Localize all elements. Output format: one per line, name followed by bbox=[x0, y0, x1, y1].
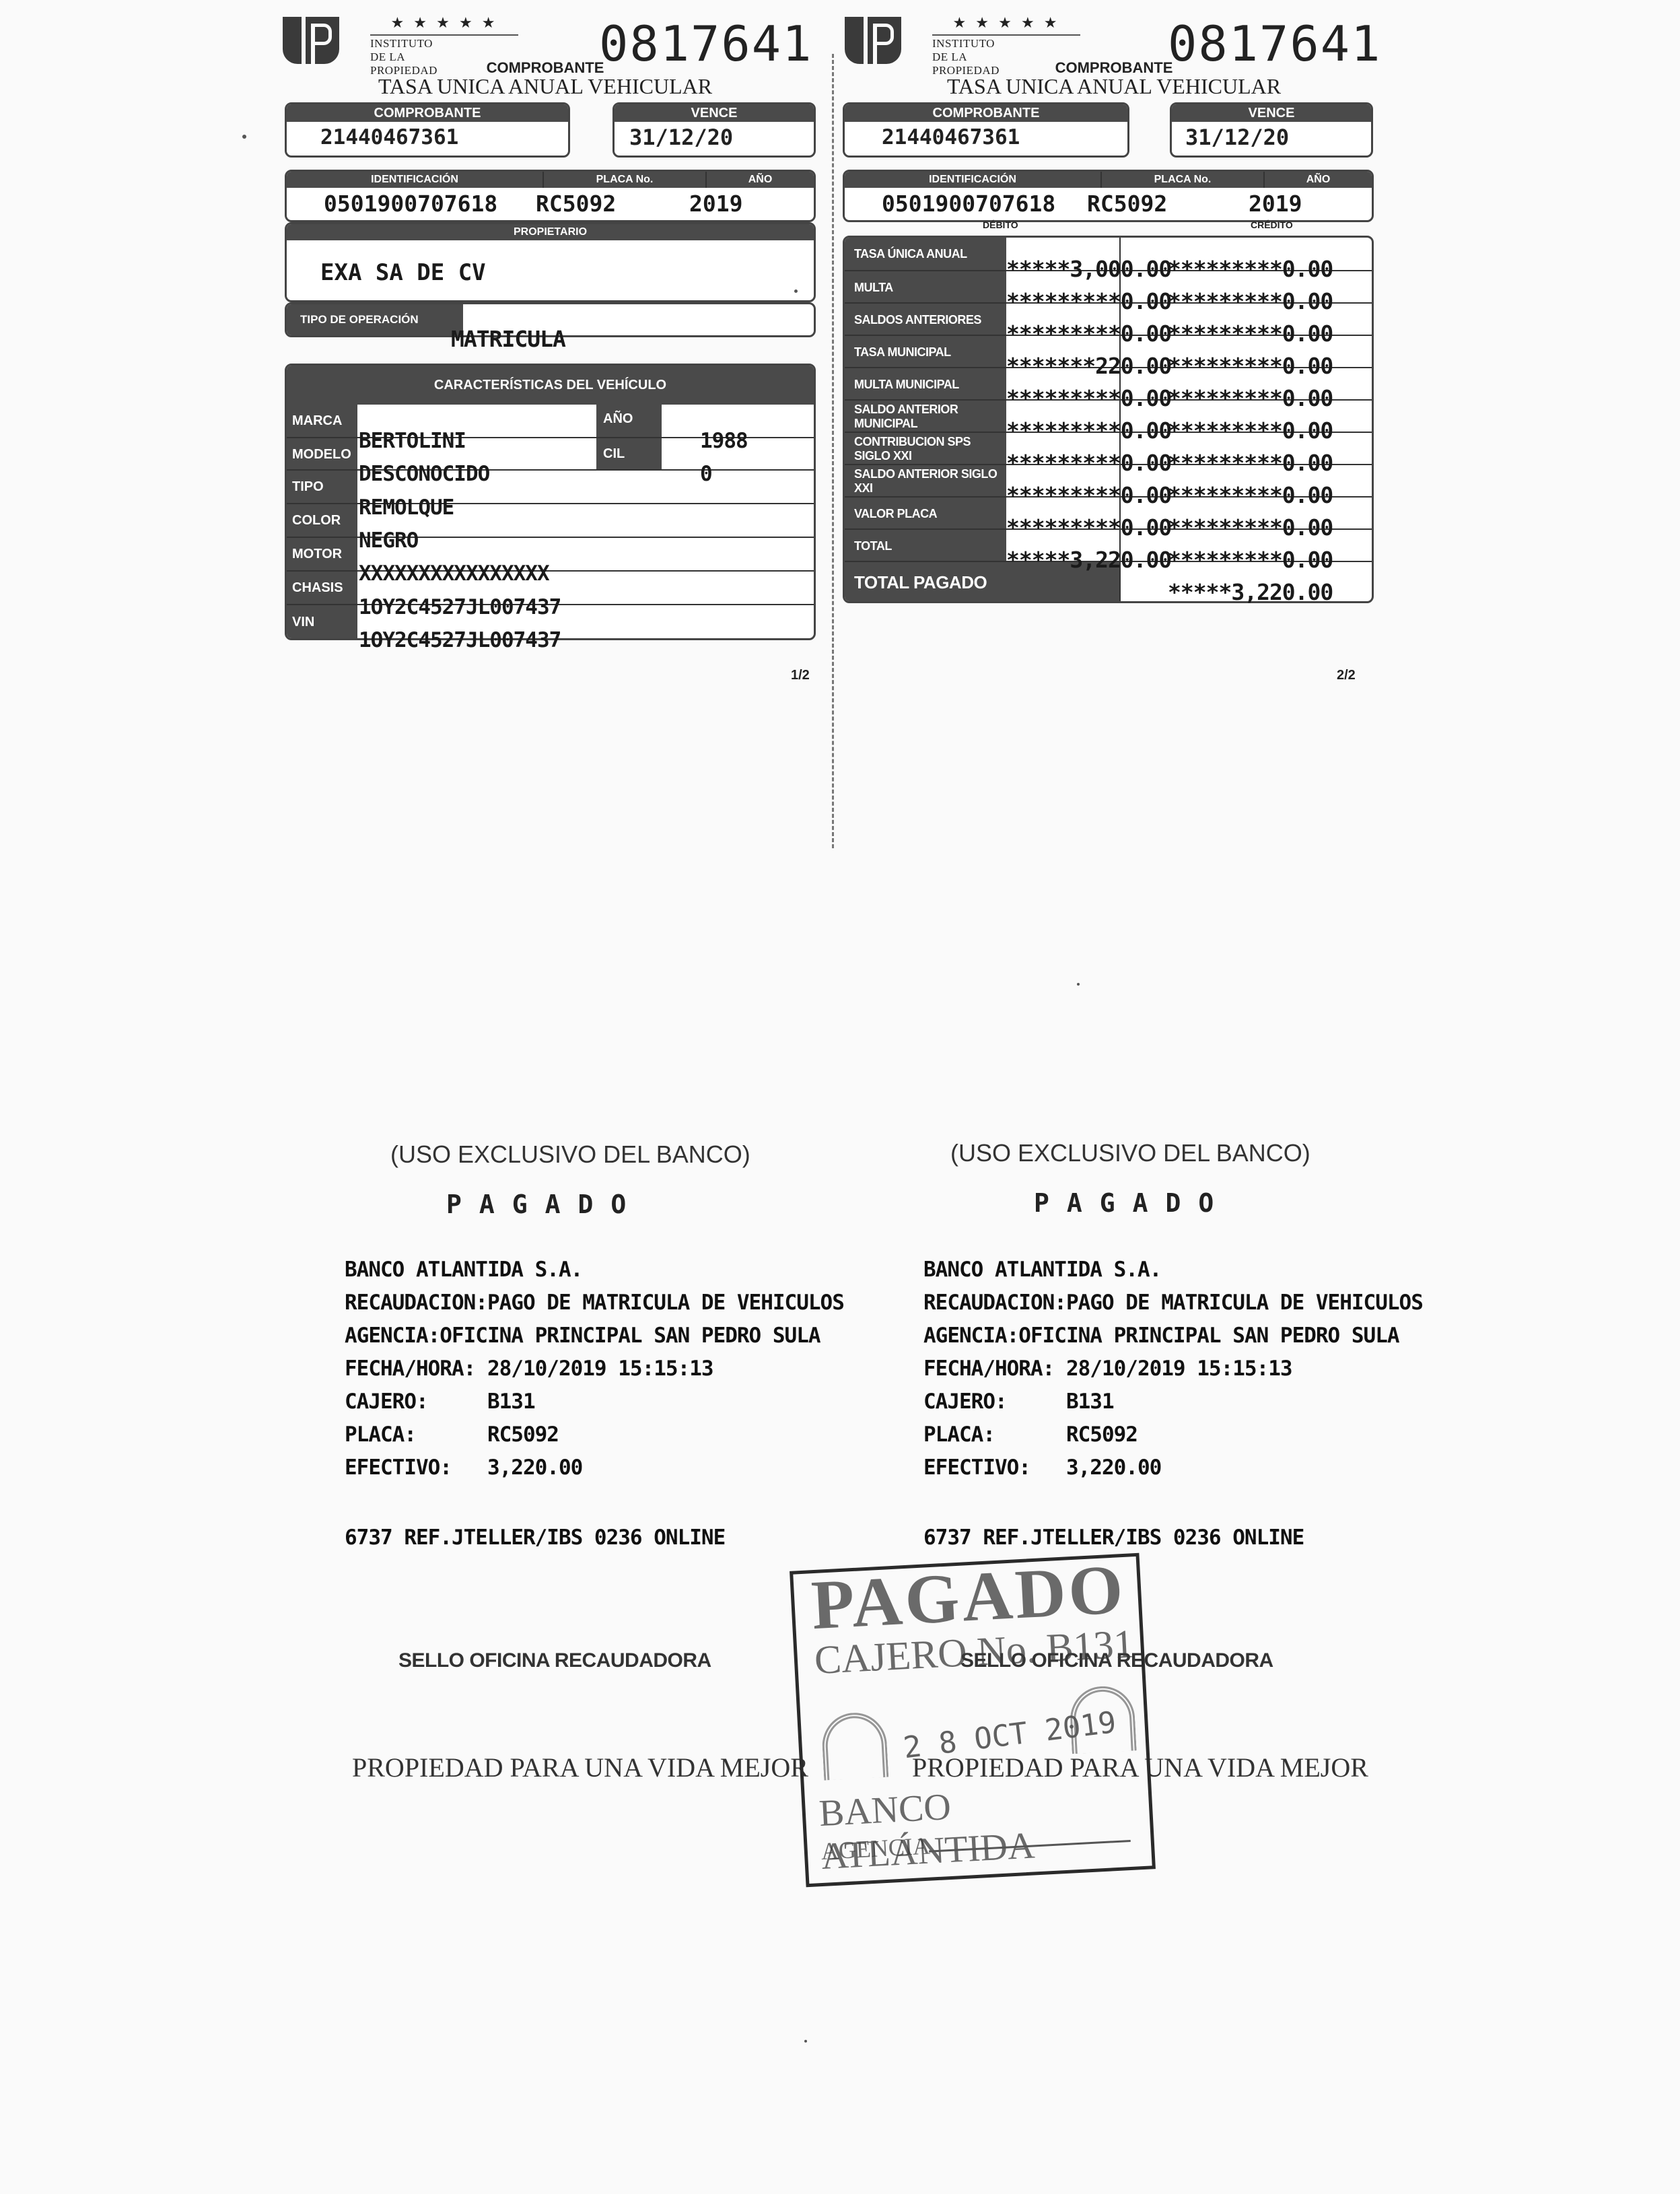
bank-receipt-line: FECHA/HORA: 28/10/2019 15:15:13 bbox=[345, 1352, 844, 1385]
identificacion-value: 0501900707618 bbox=[882, 191, 1055, 217]
credito-value: *********0.00 bbox=[1168, 547, 1333, 573]
bank-receipt-right: BANCO ATLANTIDA S.A.RECAUDACION:PAGO DE … bbox=[923, 1254, 1423, 1484]
label-cil: CIL bbox=[603, 446, 625, 462]
breakdown-label: SALDOS ANTERIORES bbox=[845, 304, 1006, 336]
debito-value: *********0.00 bbox=[1006, 450, 1171, 476]
identificacion-value: 0501900707618 bbox=[324, 191, 497, 217]
bank-receipt-line: BANCO ATLANTIDA S.A. bbox=[923, 1254, 1423, 1287]
breakdown-label: SALDO ANTERIOR SIGLO XXI bbox=[845, 465, 1006, 498]
paid-status: PAGADO bbox=[1034, 1188, 1231, 1218]
value-cil: 0 bbox=[700, 462, 712, 486]
vence-box: VENCE 31/12/20 bbox=[612, 102, 816, 158]
bank-receipt-line: FECHA/HORA: 28/10/2019 15:15:13 bbox=[923, 1352, 1423, 1385]
page-indicator-2: 2/2 bbox=[1337, 668, 1356, 683]
propietario-value: EXA SA DE CV bbox=[320, 259, 486, 286]
paid-status: PAGADO bbox=[446, 1190, 643, 1219]
bank-receipt-line: CAJERO: B131 bbox=[923, 1385, 1423, 1418]
identificacion-label: IDENTIFICACIÓN bbox=[845, 172, 1102, 188]
perforation-line bbox=[832, 54, 834, 848]
value-marca: BERTOLINI bbox=[359, 429, 466, 453]
credito-value: *********0.00 bbox=[1168, 256, 1333, 282]
debito-value: *********0.00 bbox=[1006, 385, 1171, 411]
sello-label: SELLO OFICINA RECAUDADORA bbox=[398, 1649, 711, 1672]
label-vin: VIN bbox=[287, 605, 357, 640]
breakdown-label: SALDO ANTERIOR MUNICIPAL bbox=[845, 401, 1006, 433]
placa-label: PLACA No. bbox=[544, 172, 707, 188]
stars-icon: ★ ★ ★ ★ ★ bbox=[932, 14, 1080, 32]
value-motor: XXXXXXXXXXXXXXXX bbox=[359, 561, 549, 586]
credito-value: *********0.00 bbox=[1168, 353, 1333, 379]
credito-value: *********0.00 bbox=[1168, 450, 1333, 476]
debito-value: *********0.00 bbox=[1006, 288, 1171, 314]
comprobante-box-2: COMPROBANTE 21440467361 bbox=[843, 102, 1129, 158]
vence-label: VENCE bbox=[615, 104, 814, 122]
anio-value: 2019 bbox=[1249, 191, 1302, 217]
vence-label: VENCE bbox=[1172, 104, 1371, 122]
label-marca: MARCA bbox=[287, 405, 357, 437]
ip-logo-icon bbox=[283, 17, 339, 64]
identificacion-label: IDENTIFICACIÓN bbox=[287, 172, 544, 188]
page-indicator-1: 1/2 bbox=[791, 668, 810, 683]
credito-value: *********0.00 bbox=[1168, 288, 1333, 314]
debito-value: *********0.00 bbox=[1006, 514, 1171, 541]
label-color: COLOR bbox=[287, 504, 357, 537]
breakdown-label: CONTRIBUCION SPS SIGLO XXI bbox=[845, 433, 1006, 465]
propietario-label: PROPIETARIO bbox=[287, 224, 814, 240]
credito-header: CRÉDITO bbox=[1251, 219, 1293, 230]
document-title: TASA UNICA ANUAL VEHICULAR bbox=[845, 74, 1383, 99]
identification-box: IDENTIFICACIÓN PLACA No. AÑO 05019007076… bbox=[285, 170, 816, 222]
value-vin: 1OY2C4527JL007437 bbox=[359, 628, 561, 652]
total-pagado-value: *****3,220.00 bbox=[1168, 579, 1333, 605]
ip-logo-icon bbox=[845, 17, 901, 64]
value-anio: 1988 bbox=[700, 429, 748, 453]
value-color: NEGRO bbox=[359, 528, 418, 553]
label-tipo: TIPO bbox=[287, 471, 357, 503]
comprobante-box: COMPROBANTE 21440467361 bbox=[285, 102, 570, 158]
placa-value: RC5092 bbox=[536, 191, 616, 217]
bank-receipt-line: RECAUDACION:PAGO DE MATRICULA DE VEHICUL… bbox=[345, 1287, 844, 1319]
breakdown-label: VALOR PLACA bbox=[845, 498, 1006, 530]
debito-value: *******220.00 bbox=[1006, 353, 1171, 379]
bank-receipt-line: PLACA: RC5092 bbox=[923, 1418, 1423, 1451]
label-modelo: MODELO bbox=[287, 438, 357, 471]
anio-label: AÑO bbox=[707, 172, 814, 188]
bank-receipt-left: BANCO ATLANTIDA S.A.RECAUDACION:PAGO DE … bbox=[345, 1254, 844, 1484]
debito-value: *********0.00 bbox=[1006, 417, 1171, 444]
anio-value: 2019 bbox=[689, 191, 742, 217]
bank-receipt-line: BANCO ATLANTIDA S.A. bbox=[345, 1254, 844, 1287]
comprobante-label: COMPROBANTE bbox=[845, 104, 1127, 122]
comprobante-label: COMPROBANTE bbox=[287, 104, 568, 122]
credito-value: *********0.00 bbox=[1168, 417, 1333, 444]
vence-value: 31/12/20 bbox=[1172, 122, 1371, 153]
bank-use-header: (USO EXCLUSIVO DEL BANCO) bbox=[390, 1140, 750, 1169]
characteristics-title: CARACTERÍSTICAS DEL VEHÍCULO bbox=[287, 366, 814, 405]
label-motor: MOTOR bbox=[287, 538, 357, 570]
bank-logo-icon bbox=[820, 1711, 888, 1781]
comprobante-value: 21440467361 bbox=[287, 122, 568, 153]
paid-stamp: PAGADO CAJERO No. B131 2 8 OCT 2019 BANC… bbox=[790, 1553, 1156, 1888]
slogan: PROPIEDAD PARA UNA VIDA MEJOR bbox=[352, 1752, 808, 1783]
tipo-operacion-value: MATRICULA bbox=[451, 326, 565, 352]
tipo-operacion-label: TIPO DE OPERACIÓN bbox=[287, 304, 463, 335]
breakdown-label: MULTA MUNICIPAL bbox=[845, 368, 1006, 401]
placa-value: RC5092 bbox=[1087, 191, 1167, 217]
value-modelo: DESCONOCIDO bbox=[359, 462, 489, 486]
vence-value: 31/12/20 bbox=[615, 122, 814, 153]
credito-value: *********0.00 bbox=[1168, 482, 1333, 508]
label-anio: AÑO bbox=[603, 411, 633, 427]
credito-value: *********0.00 bbox=[1168, 514, 1333, 541]
document-title: TASA UNICA ANUAL VEHICULAR bbox=[283, 74, 808, 99]
bank-reference: 6737 REF.JTELLER/IBS 0236 ONLINE bbox=[345, 1521, 725, 1554]
anio-label: AÑO bbox=[1265, 172, 1372, 188]
debito-value: *****3,220.00 bbox=[1006, 547, 1171, 573]
value-tipo: REMOLQUE bbox=[359, 495, 454, 520]
breakdown-label: TOTAL bbox=[845, 530, 1006, 562]
breakdown-label: TASA ÚNICA ANUAL bbox=[845, 238, 1006, 270]
bank-receipt-line: AGENCIA:OFICINA PRINCIPAL SAN PEDRO SULA bbox=[345, 1319, 844, 1352]
credito-value: *********0.00 bbox=[1168, 320, 1333, 347]
comprobante-value: 21440467361 bbox=[845, 122, 1127, 153]
debito-value: *****3,000.00 bbox=[1006, 256, 1171, 282]
bank-logo-icon bbox=[1069, 1684, 1137, 1754]
debito-value: *********0.00 bbox=[1006, 482, 1171, 508]
bank-receipt-line: PLACA: RC5092 bbox=[345, 1418, 844, 1451]
stamp-agencia: AGENCIA bbox=[820, 1832, 931, 1865]
bank-receipt-line: RECAUDACION:PAGO DE MATRICULA DE VEHICUL… bbox=[923, 1287, 1423, 1319]
stars-icon: ★ ★ ★ ★ ★ bbox=[370, 14, 518, 32]
credito-value: *********0.00 bbox=[1168, 385, 1333, 411]
bank-receipt-line: EFECTIVO: 3,220.00 bbox=[345, 1451, 844, 1484]
placa-label: PLACA No. bbox=[1102, 172, 1265, 188]
debito-value: *********0.00 bbox=[1006, 320, 1171, 347]
bank-receipt-line: AGENCIA:OFICINA PRINCIPAL SAN PEDRO SULA bbox=[923, 1319, 1423, 1352]
bank-receipt-line: EFECTIVO: 3,220.00 bbox=[923, 1451, 1423, 1484]
debito-header: DÉBITO bbox=[983, 219, 1018, 230]
breakdown-label: TASA MUNICIPAL bbox=[845, 336, 1006, 368]
bank-receipt-line: CAJERO: B131 bbox=[345, 1385, 844, 1418]
label-chasis: CHASIS bbox=[287, 572, 357, 604]
vence-box-2: VENCE 31/12/20 bbox=[1170, 102, 1373, 158]
bank-use-header: (USO EXCLUSIVO DEL BANCO) bbox=[950, 1139, 1310, 1167]
identification-box-2: IDENTIFICACIÓN PLACA No. AÑO 05019007076… bbox=[843, 170, 1374, 222]
value-chasis: 1OY2C4527JL007437 bbox=[359, 595, 561, 619]
propietario-box: PROPIETARIO EXA SA DE CV bbox=[285, 222, 816, 302]
breakdown-label: MULTA bbox=[845, 271, 1006, 304]
